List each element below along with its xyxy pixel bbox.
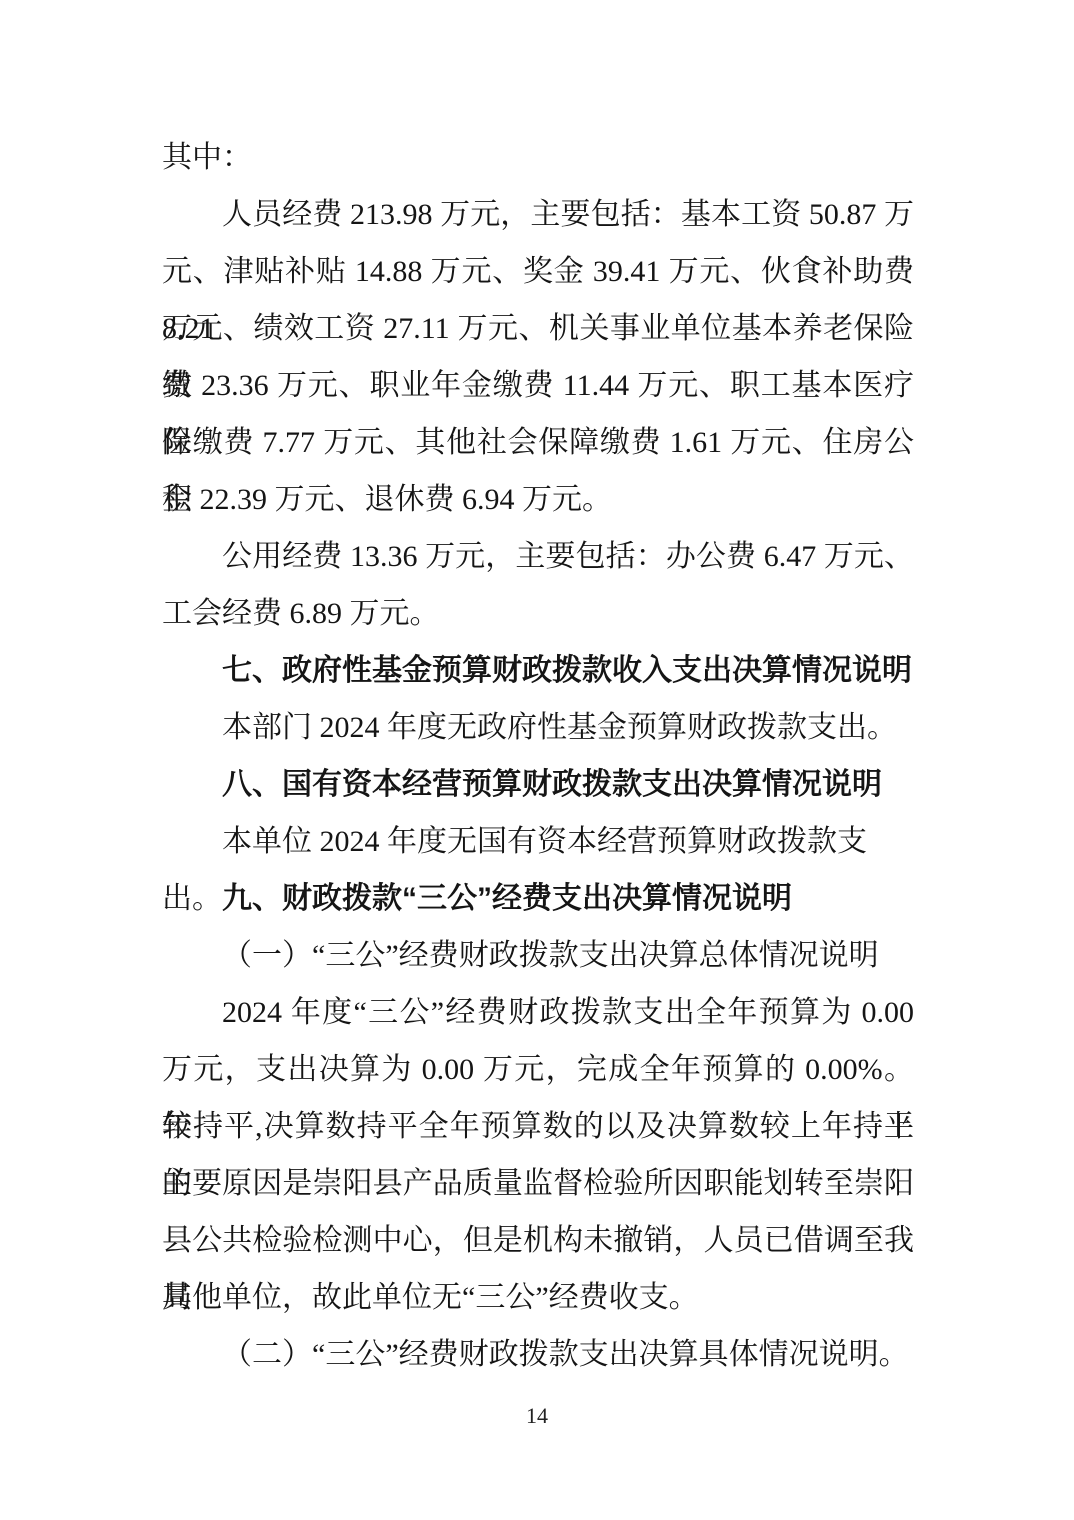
body-line: 主要原因是崇阳县产品质量监督检验所因职能划转至崇阳	[162, 1155, 914, 1212]
body-line: 公用经费 13.36 万元，主要包括：办公费 6.47 万元、	[162, 528, 914, 585]
body-line: 2024 年度“三公”经费财政拨款支出全年预算为 0.00	[162, 984, 914, 1041]
section-heading-seven: 七、政府性基金预算财政拨款收入支出决算情况说明	[162, 642, 914, 699]
body-line: 元、津贴补贴 14.88 万元、奖金 39.41 万元、伙食补助费 8.21	[162, 243, 914, 300]
subsection-heading-one: （一）“三公”经费财政拨款支出决算总体情况说明	[162, 927, 914, 984]
body-line: 县公共检验检测中心，但是机构未撤销，人员已借调至我局	[162, 1212, 914, 1269]
page-number: 14	[0, 1400, 1074, 1432]
section-heading-eight: 八、国有资本经营预算财政拨款支出决算情况说明	[162, 756, 914, 813]
body-line: 险缴费 7.77 万元、其他社会保障缴费 1.61 万元、住房公积	[162, 414, 914, 471]
body-line: 万元、绩效工资 27.11 万元、机关事业单位基本养老保险缴	[162, 300, 914, 357]
body-line: 年持平,决算数持平全年预算数的以及决算数较上年持平的	[162, 1098, 914, 1155]
body-line: 工会经费 6.89 万元。	[162, 585, 914, 642]
subsection-heading-two: （二）“三公”经费财政拨款支出决算具体情况说明。	[162, 1326, 914, 1383]
document-body: 其中： 人员经费 213.98 万元，主要包括：基本工资 50.87 万 元、津…	[162, 129, 914, 1383]
body-line: 人员经费 213.98 万元，主要包括：基本工资 50.87 万	[162, 186, 914, 243]
body-line: 本单位 2024 年度无国有资本经营预算财政拨款支出。	[162, 813, 914, 870]
body-line: 本部门 2024 年度无政府性基金预算财政拨款支出。	[162, 699, 914, 756]
body-line: 费 23.36 万元、职业年金缴费 11.44 万元、职工基本医疗保	[162, 357, 914, 414]
body-line: 金 22.39 万元、退休费 6.94 万元。	[162, 471, 914, 528]
body-line: 万元，支出决算为 0.00 万元，完成全年预算的 0.00%。较上	[162, 1041, 914, 1098]
document-page: 其中： 人员经费 213.98 万元，主要包括：基本工资 50.87 万 元、津…	[0, 0, 1074, 1520]
section-heading-nine: 九、财政拨款“三公”经费支出决算情况说明	[162, 870, 914, 927]
body-line: 其中：	[162, 129, 914, 186]
body-line: 其他单位，故此单位无“三公”经费收支。	[162, 1269, 914, 1326]
